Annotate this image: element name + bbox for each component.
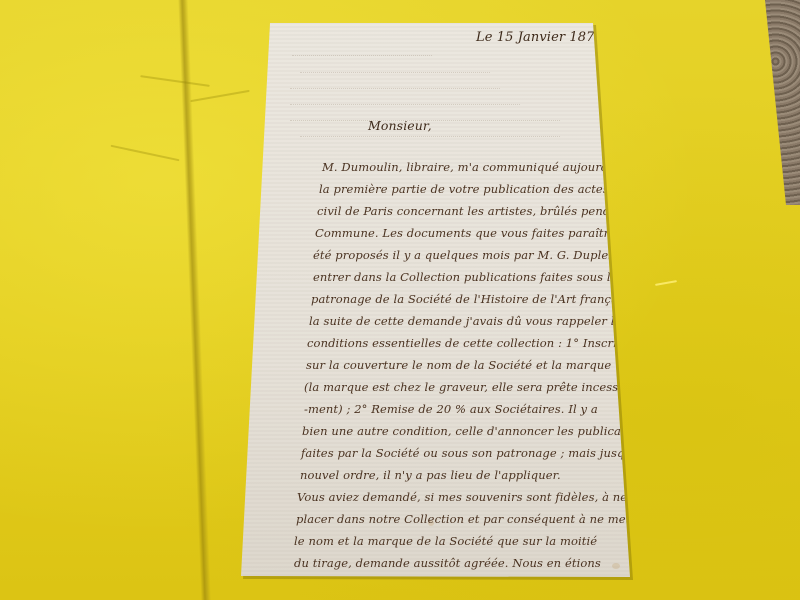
letter-line: civil de Paris concernant les artistes, … bbox=[317, 204, 644, 218]
bleed-through-line bbox=[290, 96, 520, 105]
letter-salutation: Monsieur, bbox=[368, 118, 432, 133]
letter-line: faites par la Société ou sous son patron… bbox=[301, 446, 642, 460]
letter-line: Vous aviez demandé, si mes souvenirs son… bbox=[297, 490, 627, 504]
bleed-through-line bbox=[290, 80, 500, 89]
letter-line: M. Dumoulin, libraire, m'a communiqué au… bbox=[322, 160, 630, 174]
letter-line: le nom et la marque de la Société que su… bbox=[294, 534, 597, 548]
letter-line: nouvel ordre, il n'y a pas lieu de l'app… bbox=[300, 468, 561, 482]
bleed-through-line bbox=[292, 47, 432, 56]
letter-line: (la marque est chez le graveur, elle ser… bbox=[304, 380, 640, 394]
letter-line: sur la couverture le nom de la Société e… bbox=[306, 358, 611, 372]
letter-line: placer dans notre Collection et par cons… bbox=[296, 512, 648, 526]
letter-line: patronage de la Société de l'Histoire de… bbox=[311, 292, 644, 306]
letter-line: bien une autre condition, celle d'annonc… bbox=[302, 424, 650, 438]
letter-line: du tirage, demande aussitôt agréée. Nous… bbox=[294, 556, 601, 570]
letter-line: la suite de cette demande j'avais dû vou… bbox=[309, 314, 627, 328]
stain bbox=[612, 563, 620, 569]
bleed-through-line bbox=[300, 64, 490, 73]
letter-line: conditions essentielles de cette collect… bbox=[307, 336, 629, 350]
letter-date: Le 15 Janvier 1873. bbox=[476, 30, 607, 45]
letter-line: -ment) ; 2° Remise de 20 % aux Sociétair… bbox=[304, 402, 598, 416]
letter-line: entrer dans la Collection publications f… bbox=[313, 270, 618, 284]
